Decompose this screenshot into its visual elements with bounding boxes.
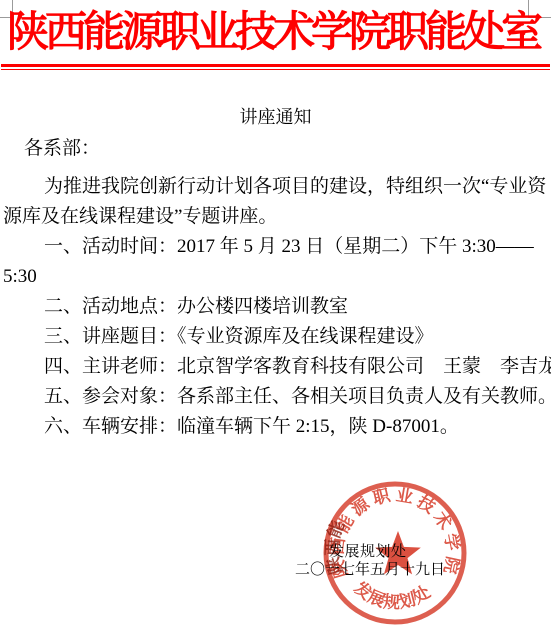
notice-body: 为推进我院创新行动计划各项目的建设，特组织一次“专业资 源库及在线课程建设”专题… [3,172,548,442]
masthead-rule-thick [1,64,550,67]
body-line-item-6: 六、车辆安排：临潼车辆下午 2:15，陕 D-87001。 [3,412,548,442]
body-line-intro-1: 为推进我院创新行动计划各项目的建设，特组织一次“专业资 [3,172,548,202]
body-line-item-2: 二、活动地点：办公楼四楼培训教室 [3,292,548,322]
body-line-intro-2: 源库及在线课程建设”专题讲座。 [3,202,548,232]
notice-document: 陕西能源职业技术学院职能处室 讲座通知 各系部： 为推进我院创新行动计划各项目的… [0,0,551,629]
body-line-item-1b: 5:30 [3,262,548,292]
signature-date: 二〇一七年五月十九日 [295,558,445,579]
masthead-title: 陕西能源职业技术学院职能处室 [7,9,548,57]
body-line-item-5: 五、参会对象：各系部主任、各相关项目负责人及有关教师。 [3,382,548,412]
body-line-item-3: 三、讲座题目：《专业资源库及在线课程建设》 [3,322,548,352]
masthead-rule-thin [1,69,550,70]
salutation: 各系部： [24,133,100,160]
body-line-item-4: 四、主讲老师：北京智学客教育科技有限公司 王蒙 李吉龙 [3,352,548,382]
doc-title: 讲座通知 [0,103,551,129]
seal-bottom-text: 发展规划处 [350,577,434,613]
body-line-item-1: 一、活动时间：2017 年 5 月 23 日（星期二）下午 3:30—— [3,232,548,262]
